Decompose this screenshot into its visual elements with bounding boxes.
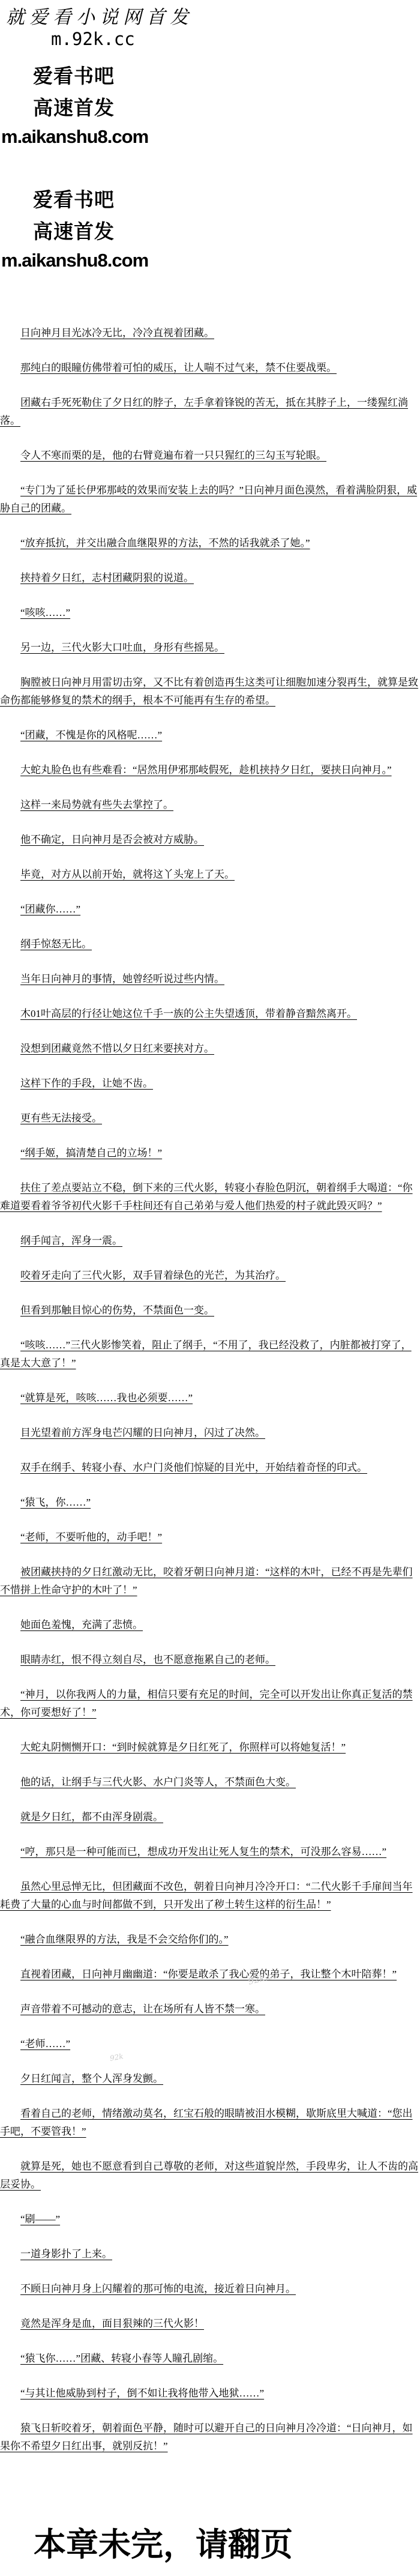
novel-paragraph: 毕竟，对方从以前开始，就将这丫头宠上了天。 [0, 866, 420, 884]
novel-paragraph: 团藏右手死死勒住了夕日红的脖子，左手拿着锋锐的苦无，抵在其脖子上，一缕猩红淌落。 [0, 394, 420, 430]
novel-paragraph: “与其让他威胁到村子，倒不如让我将他带入地狱……” [0, 2384, 420, 2403]
promo-block-2: 爱看书吧 高速首发 m.aikanshu8.com [0, 190, 420, 270]
novel-paragraph: 令人不寒而栗的是，他的右臂竟遍布着一只只猩红的三勾玉写轮眼。 [0, 447, 420, 465]
page-footer: 本章未完，请翻页 [0, 2521, 420, 2568]
novel-paragraph: 但看到那触目惊心的伤势，不禁面色一变。 [0, 1302, 420, 1320]
novel-paragraph: “就算是死，咳咳……我也必须要……” [0, 1389, 420, 1407]
novel-paragraph: 夕日红闻言，整个人浑身发颤。 [0, 2070, 420, 2088]
novel-paragraph: “刷——” [0, 2210, 420, 2228]
novel-reader-page: 就爱看小说网首发 m.92k.cc 爱看书吧 高速首发 m.aikanshu8.… [0, 0, 420, 2576]
promo-site-url: m.aikanshu8.com [1, 127, 420, 146]
novel-paragraph: 虽然心里忌惮无比，但团藏面不改色，朝着日向神月冷冷开口：“二代火影千手扉间当年耗… [0, 1878, 420, 1914]
novel-paragraph: “专门为了延长伊邪那岐的效果而安装上去的吗？”日向神月面色漠然，看着满脸阴狠，威… [0, 481, 420, 517]
novel-paragraph: “团藏，不愧是你的风格呢……” [0, 726, 420, 744]
site-watermark-title: 就爱看小说网首发 [6, 7, 420, 28]
novel-paragraph: 纲手惊怒无比。 [0, 935, 420, 953]
promo-block-1: 爱看书吧 高速首发 m.aikanshu8.com [0, 66, 420, 146]
novel-paragraph: 双手在纲手、转寝小春、水户门炎他们惊疑的目光中，开始结着奇怪的印式。 [0, 1459, 420, 1477]
novel-paragraph: 这样下作的手段，让她不齿。 [0, 1075, 420, 1093]
novel-paragraph: 他不确定，日向神月是否会被对方威胁。 [0, 831, 420, 849]
novel-paragraph: 另一边，三代火影大口吐血，身形有些摇晃。 [0, 639, 420, 657]
novel-paragraph: “老师……” [0, 2035, 420, 2053]
novel-paragraph: 眼睛赤红，恨不得立刻自尽，也不愿意拖累自己的老师。 [0, 1651, 420, 1669]
novel-paragraph: 那纯白的眼瞳仿佛带着可怕的威压，让人喘不过气来，禁不住要战栗。 [0, 359, 420, 377]
novel-paragraph: 没想到团藏竟然不惜以夕日红来要挟对方。 [0, 1040, 420, 1058]
novel-paragraph: 就是夕日红，都不由浑身剧震。 [0, 1808, 420, 1826]
novel-paragraph: “纲手姬，搞清楚自己的立场！” [0, 1144, 420, 1162]
novel-paragraph: 竟然是浑身是血，面目狠辣的三代火影！ [0, 2315, 420, 2333]
novel-paragraph: 日向神月目光冰冷无比，冷冷直视着团藏。 [0, 324, 420, 342]
novel-paragraph: 她面色羞愧，充满了悲愤。 [0, 1616, 420, 1634]
novel-paragraph: 这样一来局势就有些失去掌控了。 [0, 796, 420, 814]
novel-paragraph: “团藏你……” [0, 900, 420, 918]
novel-paragraph: “哼，那只是一种可能而已，想成功开发出让死人复生的禁术，可没那么容易……” [0, 1843, 420, 1861]
promo-tagline: 高速首发 [33, 222, 420, 242]
chapter-unfinished-notice: 本章未完，请翻页 [34, 2521, 420, 2568]
novel-paragraph: “放弃抵抗，并交出融合血继限界的方法，不然的话我就杀了她。” [0, 534, 420, 552]
novel-paragraph: 一道身影扑了上来。 [0, 2245, 420, 2263]
novel-paragraph: “神月，以你我两人的力量，相信只要有充足的时间，完全可以开发出让你真正复活的禁术… [0, 1686, 420, 1722]
novel-paragraph: 他的话，让纲手与三代火影、水户门炎等人，不禁面色大变。 [0, 1773, 420, 1791]
novel-paragraph: 就算是死，她也不愿意看到自己尊敬的老师，对这些道貌岸然，手段卑劣，让人不齿的高层… [0, 2158, 420, 2194]
chapter-content: 日向神月目光冰冷无比，冷冷直视着团藏。 那纯白的眼瞳仿佛带着可怕的威压，让人喘不… [0, 324, 420, 2455]
novel-paragraph: 当年日向神月的事情，她曾经听说过些内情。 [0, 970, 420, 988]
novel-paragraph: 不顾日向神月身上闪耀着的那可怖的电流，接近着日向神月。 [0, 2280, 420, 2298]
novel-paragraph: 猿飞日斩咬着牙，朝着面色平静，随时可以避开自己的日向神月冷冷道：“日向神月，如果… [0, 2419, 420, 2455]
novel-paragraph: 扶住了差点要站立不稳，倒下来的三代火影，转寝小春脸色阴沉，朝着纲手大喝道：“你难… [0, 1179, 420, 1215]
novel-paragraph: 直视着团藏，日向神月幽幽道：“你要是敢杀了我心爱的弟子，我让整个木叶陪葬！” [0, 1965, 420, 1983]
promo-tagline: 高速首发 [33, 98, 420, 118]
promo-site-url: m.aikanshu8.com [1, 251, 420, 270]
page-header: 就爱看小说网首发 m.92k.cc [0, 7, 420, 48]
novel-paragraph: “咳咳……”三代火影惨笑着，阻止了纲手，“不用了，我已经没救了，内脏都被打穿了，… [0, 1336, 420, 1372]
novel-paragraph: “猿飞，你……” [0, 1494, 420, 1512]
novel-paragraph: 更有些无法接受。 [0, 1109, 420, 1127]
novel-paragraph: 挟持着夕日红，志村团藏阴狠的说道。 [0, 569, 420, 587]
novel-paragraph: 目光望着前方浑身电芒闪耀的日向神月，闪过了决然。 [0, 1424, 420, 1442]
promo-site-name: 爱看书吧 [33, 66, 420, 86]
novel-paragraph: “老师，不要听他的，动手吧！” [0, 1528, 420, 1546]
novel-paragraph: 胸膛被日向神月用雷切击穿，又不比有着创造再生这类可让细胞加速分裂再生，就算是致命… [0, 674, 420, 710]
novel-paragraph: 大蛇丸脸色也有些难看：“居然用伊邪那岐假死，趁机挟持夕日红，要挟日向神月。” [0, 761, 420, 779]
promo-site-name: 爱看书吧 [33, 190, 420, 210]
novel-paragraph: “猿飞你……”团藏、转寝小春等人瞳孔剧缩。 [0, 2350, 420, 2368]
novel-paragraph: “咳咳……” [0, 604, 420, 622]
novel-paragraph: 纲手闻言，浑身一震。 [0, 1232, 420, 1250]
novel-paragraph: “融合血继限界的方法，我是不会交给你们的。” [0, 1931, 420, 1949]
novel-paragraph: 被团藏挟持的夕日红激动无比，咬着牙朝日向神月道：“这样的木叶，已经不再是先辈们不… [0, 1563, 420, 1599]
novel-paragraph: 咬着牙走向了三代火影，双手冒着绿色的光芒，为其治疗。 [0, 1267, 420, 1285]
novel-paragraph: 声音带着不可撼动的意志，让在场所有人皆不禁一寒。 [0, 2000, 420, 2018]
novel-paragraph: 木01叶高层的行径让她这位千手一族的公主失望透顶，带着静音黯然离开。 [0, 1005, 420, 1023]
novel-paragraph: 看着自己的老师，情绪激动莫名，红宝石般的眼睛被泪水模糊，歇斯底里大喊道：“您出手… [0, 2105, 420, 2141]
novel-paragraph: 大蛇丸阴恻恻开口：“到时候就算是夕日红死了，你照样可以将她复活！” [0, 1739, 420, 1757]
site-watermark-url: m.92k.cc [51, 30, 420, 48]
